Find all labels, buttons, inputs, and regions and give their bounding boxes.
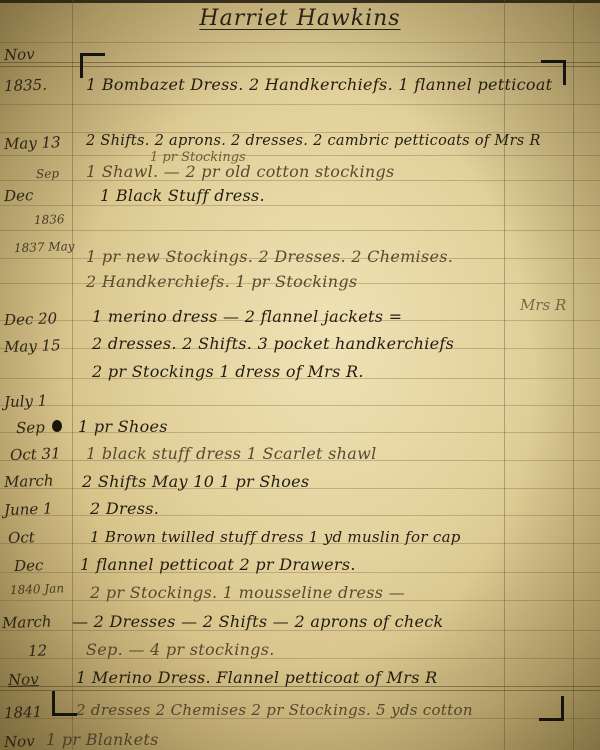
entry-date: Dec bbox=[4, 185, 69, 205]
right-margin-line-2 bbox=[573, 0, 574, 750]
entry-date: March bbox=[4, 471, 69, 491]
entry-text: 1 pr Shoes bbox=[78, 417, 168, 436]
entry-text: 1 merino dress — 2 flannel jackets = bbox=[92, 307, 402, 326]
entry-text: — 2 Dresses — 2 Shifts — 2 aprons of che… bbox=[72, 612, 444, 631]
entry-date: Nov bbox=[4, 44, 69, 64]
entry-date: Sep bbox=[16, 417, 81, 437]
entry-date: May 13 bbox=[4, 133, 69, 153]
entry-text: 1 Brown twilled stuff dress 1 yd muslin … bbox=[90, 528, 461, 546]
ink-blot bbox=[52, 420, 62, 432]
entry-text: 1 pr Blankets bbox=[46, 730, 159, 749]
entry-date: Oct bbox=[8, 527, 73, 547]
crop-corner-bottom-left[interactable] bbox=[52, 691, 77, 716]
entry-text: 1 Shawl. — 2 pr old cotton stockings bbox=[86, 162, 395, 181]
ruled-line bbox=[0, 155, 600, 156]
ruled-line bbox=[0, 230, 600, 231]
ledger-page: Harriet Hawkins Nov 1835. 1 Bombazet Dre… bbox=[0, 0, 600, 750]
ruled-line bbox=[0, 104, 600, 105]
margin-note: Mrs R bbox=[520, 296, 566, 314]
entry-date: June 1 bbox=[4, 499, 69, 519]
entry-text: Sep. — 4 pr stockings. bbox=[86, 640, 275, 659]
entry-text: 2 Shifts May 10 1 pr Shoes bbox=[82, 472, 309, 491]
entry-date: 12 bbox=[28, 640, 93, 660]
right-margin-line bbox=[504, 0, 505, 750]
entry-date: Dec 20 bbox=[4, 309, 69, 329]
entry-date: 1835. bbox=[4, 75, 69, 95]
entry-text: 2 pr Stockings 1 dress of Mrs R. bbox=[92, 362, 364, 381]
ruled-line bbox=[0, 205, 600, 206]
entry-date: Oct 31 bbox=[10, 444, 75, 464]
crop-corner-top-left[interactable] bbox=[80, 53, 105, 78]
entry-date: Nov bbox=[8, 669, 73, 689]
ruled-line bbox=[0, 42, 600, 43]
entry-text: 1 Bombazet Dress. 2 Handkerchiefs. 1 fla… bbox=[86, 75, 552, 94]
page-title: Harriet Hawkins bbox=[0, 6, 600, 31]
entry-date: July 1 bbox=[4, 391, 69, 411]
top-edge bbox=[0, 0, 600, 3]
entry-date: 1836 bbox=[34, 211, 98, 227]
entry-text: 2 Shifts. 2 aprons. 2 dresses. 2 cambric… bbox=[86, 133, 541, 149]
entry-text: 2 Handkerchiefs. 1 pr Stockings bbox=[86, 272, 357, 291]
entry-date: 1837 May bbox=[14, 239, 78, 255]
entry-text: 2 dresses 2 Chemises 2 pr Stockings. 5 y… bbox=[76, 701, 473, 719]
entry-date: 1840 Jan bbox=[10, 581, 74, 597]
ruled-line bbox=[0, 405, 600, 406]
entry-text: 1 black stuff dress 1 Scarlet shawl bbox=[86, 444, 377, 463]
entry-text: 2 pr Stockings. 1 mousseline dress — bbox=[90, 583, 405, 602]
entry-text: 1 pr new Stockings. 2 Dresses. 2 Chemise… bbox=[86, 247, 453, 266]
entry-date: Dec bbox=[14, 555, 79, 575]
entry-text: 1 Merino Dress. Flannel petticoat of Mrs… bbox=[76, 668, 437, 687]
entry-text: 2 dresses. 2 Shifts. 3 pocket handkerchi… bbox=[92, 334, 454, 353]
entry-date: March bbox=[2, 612, 67, 632]
date-margin-line bbox=[72, 0, 73, 750]
crop-corner-top-right[interactable] bbox=[541, 60, 566, 85]
entry-text: 2 Dress. bbox=[90, 499, 159, 518]
entry-text: 1 flannel petticoat 2 pr Drawers. bbox=[80, 555, 356, 574]
entry-date: May 15 bbox=[4, 336, 69, 356]
entry-text: 1 Black Stuff dress. bbox=[100, 186, 265, 205]
crop-corner-bottom-right[interactable] bbox=[539, 696, 564, 721]
